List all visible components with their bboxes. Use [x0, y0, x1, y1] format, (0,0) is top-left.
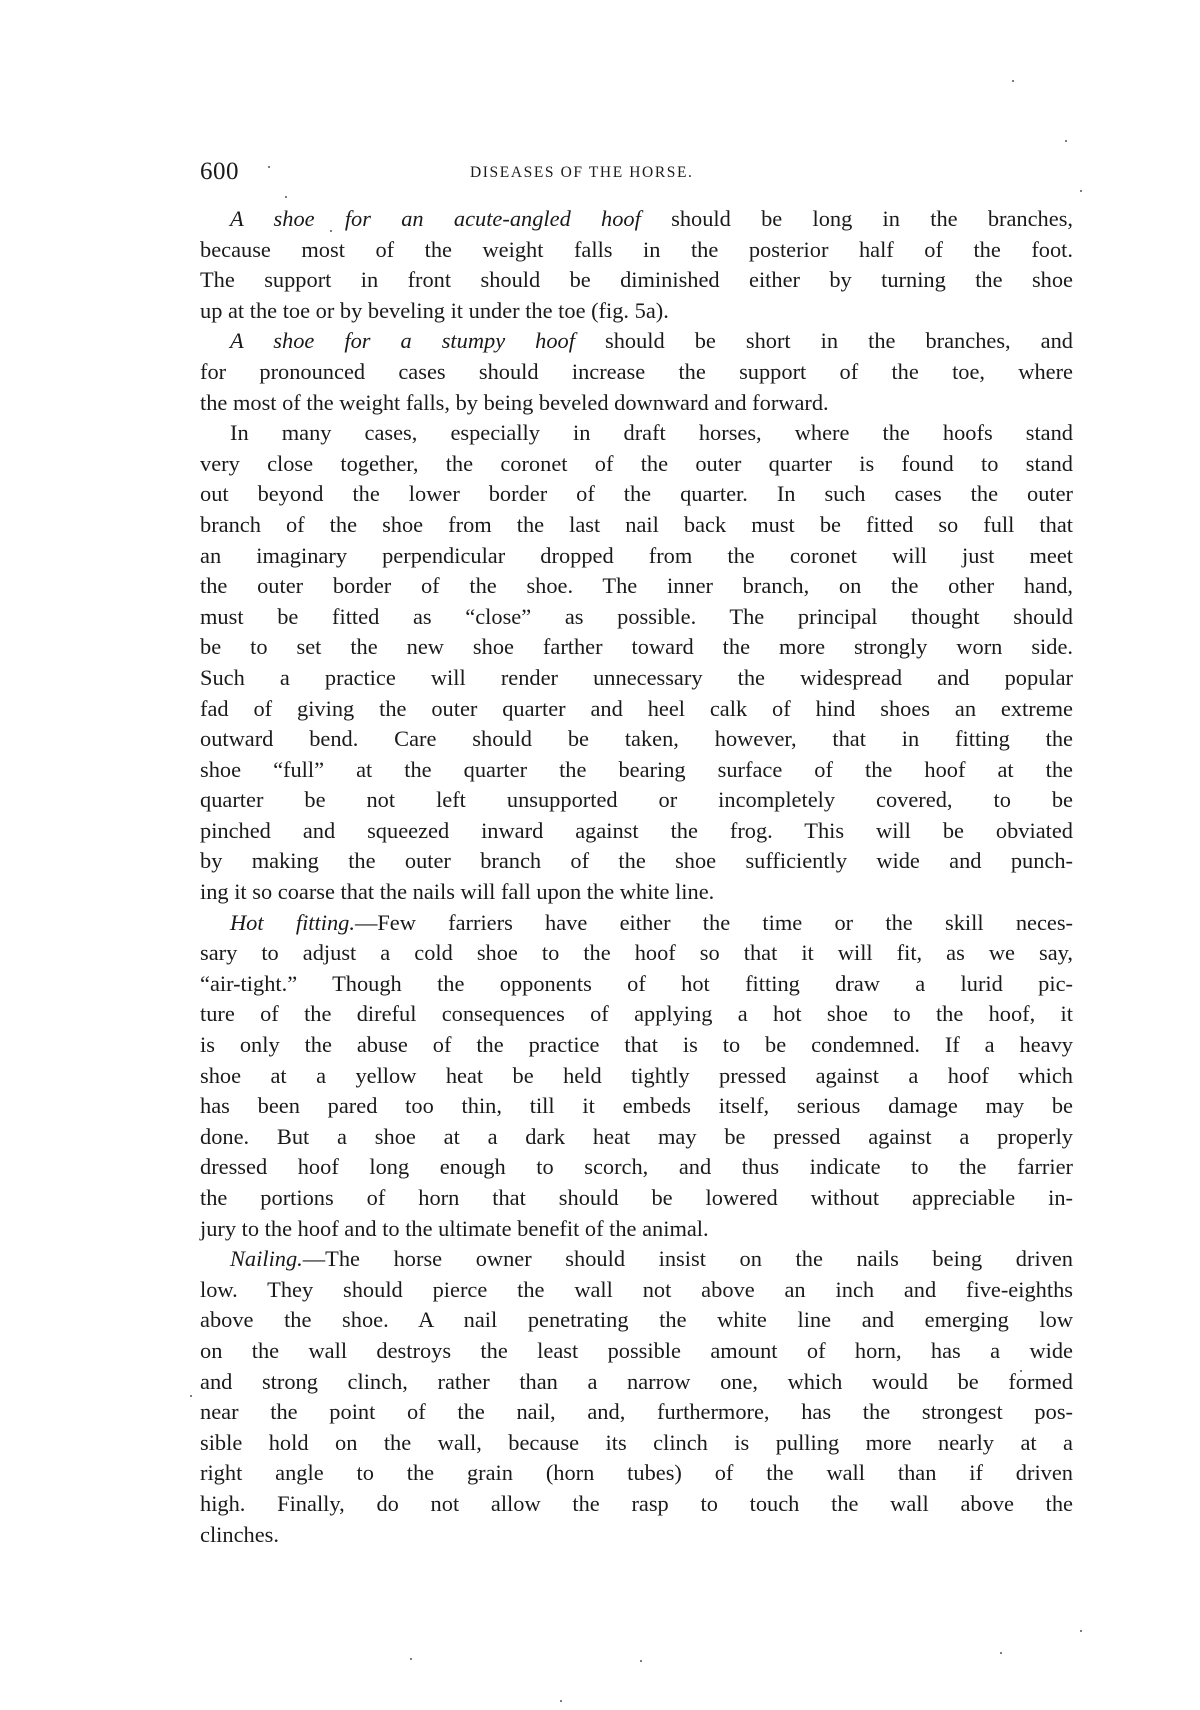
- text-line: has been pared too thin, till it embeds …: [200, 1091, 1073, 1122]
- body-text: A shoe for an acute-angled hoof should b…: [200, 204, 1073, 1550]
- text-line: Nailing.—The horse owner should insist o…: [200, 1244, 1073, 1275]
- page-number: 600: [200, 158, 239, 186]
- book-page: 600 DISEASES OF THE HORSE. A shoe for an…: [0, 0, 1200, 1710]
- paragraph-stumpy-hoof: A shoe for a stumpy hoof should be short…: [200, 326, 1073, 418]
- text-line: near the point of the nail, and, further…: [200, 1397, 1073, 1428]
- paragraph-nailing: Nailing.—The horse owner should insist o…: [200, 1244, 1073, 1550]
- text-line: The support in front should be diminishe…: [200, 265, 1073, 296]
- text-line: In many cases, especially in draft horse…: [200, 418, 1073, 449]
- text-line: ture of the direful consequences of appl…: [200, 999, 1073, 1030]
- italic-lead: A shoe for a stumpy hoof: [230, 328, 575, 353]
- text-line: outward bend. Care should be taken, howe…: [200, 724, 1073, 755]
- text-line: the most of the weight falls, by being b…: [200, 388, 1073, 419]
- text-line: A shoe for a stumpy hoof should be short…: [200, 326, 1073, 357]
- text-line: must be fitted as “close” as possible. T…: [200, 602, 1073, 633]
- text-line: “air-tight.” Though the opponents of hot…: [200, 969, 1073, 1000]
- text-line: an imaginary perpendicular dropped from …: [200, 541, 1073, 572]
- text-line: on the wall destroys the least possible …: [200, 1336, 1073, 1367]
- text-line: clinches.: [200, 1520, 1073, 1551]
- text-line: is only the abuse of the practice that i…: [200, 1030, 1073, 1061]
- text-line: very close together, the coronet of the …: [200, 449, 1073, 480]
- paragraph-draft-horses: In many cases, especially in draft horse…: [200, 418, 1073, 908]
- paragraph-hot-fitting: Hot fitting.—Few farriers have either th…: [200, 908, 1073, 1245]
- text-line: shoe at a yellow heat be held tightly pr…: [200, 1061, 1073, 1092]
- text-line: the portions of horn that should be lowe…: [200, 1183, 1073, 1214]
- text-line: up at the toe or by beveling it under th…: [200, 296, 1073, 327]
- text-line: be to set the new shoe farther toward th…: [200, 632, 1073, 663]
- text-line: the outer border of the shoe. The inner …: [200, 571, 1073, 602]
- text-line: for pronounced cases should increase the…: [200, 357, 1073, 388]
- text-line: by making the outer branch of the shoe s…: [200, 846, 1073, 877]
- text-line: Hot fitting.—Few farriers have either th…: [200, 908, 1073, 939]
- text-line: Such a practice will render unnecessary …: [200, 663, 1073, 694]
- text-line: pinched and squeezed inward against the …: [200, 816, 1073, 847]
- text-line: sible hold on the wall, because its clin…: [200, 1428, 1073, 1459]
- text-line: jury to the hoof and to the ultimate ben…: [200, 1214, 1073, 1245]
- italic-lead: Hot fitting.: [230, 910, 355, 935]
- italic-lead: A shoe for an acute-angled hoof: [230, 206, 641, 231]
- text-line: quarter be not left unsupported or incom…: [200, 785, 1073, 816]
- text-line: because most of the weight falls in the …: [200, 235, 1073, 266]
- text-line: sary to adjust a cold shoe to the hoof s…: [200, 938, 1073, 969]
- text-line: fad of giving the outer quarter and heel…: [200, 694, 1073, 725]
- text-line: low. They should pierce the wall not abo…: [200, 1275, 1073, 1306]
- text-line: above the shoe. A nail penetrating the w…: [200, 1305, 1073, 1336]
- text-line: out beyond the lower border of the quart…: [200, 479, 1073, 510]
- page-header: 600 DISEASES OF THE HORSE.: [200, 158, 1060, 188]
- italic-lead: Nailing.: [230, 1246, 303, 1271]
- text-line: right angle to the grain (horn tubes) of…: [200, 1458, 1073, 1489]
- paragraph-acute-angled-hoof: A shoe for an acute-angled hoof should b…: [200, 204, 1073, 326]
- text-line: done. But a shoe at a dark heat may be p…: [200, 1122, 1073, 1153]
- running-head: DISEASES OF THE HORSE.: [470, 164, 694, 182]
- text-line: and strong clinch, rather than a narrow …: [200, 1367, 1073, 1398]
- text-line: shoe “full” at the quarter the bearing s…: [200, 755, 1073, 786]
- text-line: high. Finally, do not allow the rasp to …: [200, 1489, 1073, 1520]
- text-line: ing it so coarse that the nails will fal…: [200, 877, 1073, 908]
- text-line: dressed hoof long enough to scorch, and …: [200, 1152, 1073, 1183]
- text-line: branch of the shoe from the last nail ba…: [200, 510, 1073, 541]
